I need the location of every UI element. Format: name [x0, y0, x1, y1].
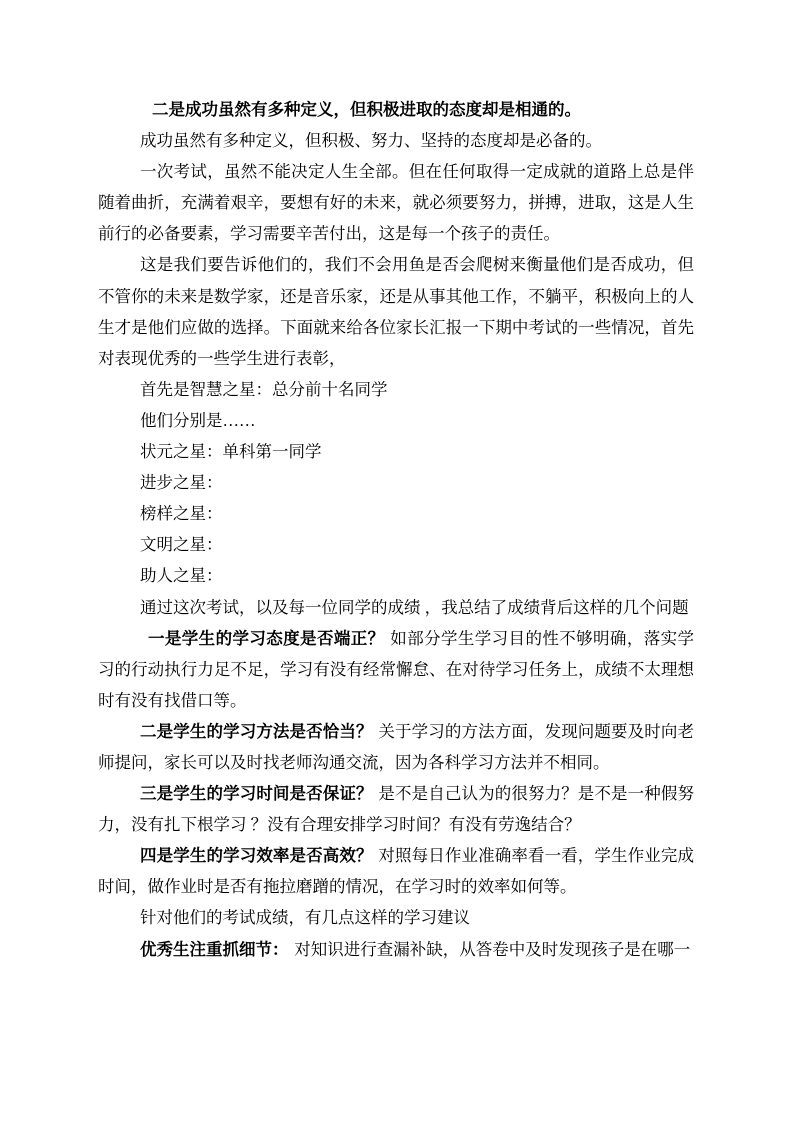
paragraph: 这是我们要告诉他们的，我们不会用鱼是否会爬树来衡量他们是否成功，但不管你的未来是…: [98, 249, 694, 373]
text-run: 这是我们要告诉他们的，我们不会用鱼是否会爬树来衡量他们是否成功，但不管你的未来是…: [98, 255, 694, 367]
text-run: 状元之星：单科第一同学: [140, 442, 322, 461]
text-run: 榜样之星：: [140, 504, 223, 523]
text-run: 对知识进行查漏补缺，从答卷中及时发现孩子是在哪一: [294, 940, 690, 959]
text-run: 助人之星：: [140, 566, 223, 585]
bold-run: 优秀生注重抓细节：: [140, 940, 289, 959]
text-run: 文明之星：: [140, 535, 223, 554]
paragraph: 二是学生的学习方法是否恰当？关于学习的方法方面，发现问题要及时向老师提问，家长可…: [98, 716, 694, 778]
paragraph: 三是学生的学习时间是否保证？是不是自己认为的很努力？是不是一种假努力，没有扎下根…: [98, 778, 694, 840]
document-body: 二是成功虽然有多种定义，但积极进取的态度却是相通的。 成功虽然有多种定义，但积极…: [98, 94, 694, 965]
text-run: 进步之星：: [140, 473, 223, 492]
paragraph: 榜样之星：: [98, 498, 694, 529]
bold-run: 四是学生的学习效率是否高效？: [140, 846, 373, 865]
paragraph: 状元之星：单科第一同学: [98, 436, 694, 467]
text-run: 针对他们的考试成绩，有几点这样的学习建议: [140, 908, 470, 927]
text-run: 通过这次考试，以及每一位同学的成绩 ，我总结了成绩背后这样的几个问题: [140, 598, 689, 617]
paragraph: 一是学生的学习态度是否端正？如部分学生学习目的性不够明确，落实学习的行动执行力足…: [98, 623, 694, 716]
text-run: 一次考试，虽然不能决定人生全部。但在任何取得一定成就的道路上总是伴随着曲折，充满…: [98, 162, 694, 243]
paragraph: 进步之星：: [98, 467, 694, 498]
paragraph: 针对他们的考试成绩，有几点这样的学习建议: [98, 902, 694, 933]
bold-run: 二是成功虽然有多种定义，但积极进取的态度却是相通的。: [152, 100, 581, 119]
paragraph: 四是学生的学习效率是否高效？对照每日作业准确率看一看，学生作业完成时间，做作业时…: [98, 840, 694, 902]
paragraph: 通过这次考试，以及每一位同学的成绩 ，我总结了成绩背后这样的几个问题: [98, 592, 694, 623]
document-page: 二是成功虽然有多种定义，但积极进取的态度却是相通的。 成功虽然有多种定义，但积极…: [0, 0, 793, 1122]
paragraph: 文明之星：: [98, 529, 694, 560]
bold-run: 三是学生的学习时间是否保证？: [140, 784, 373, 803]
paragraph: 一次考试，虽然不能决定人生全部。但在任何取得一定成就的道路上总是伴随着曲折，充满…: [98, 156, 694, 249]
paragraph: 成功虽然有多种定义，但积极、努力、坚持的态度却是必备的。: [98, 125, 694, 156]
paragraph: 首先是智慧之星：总分前十名同学: [98, 374, 694, 405]
text-run: 他们分别是……: [140, 411, 256, 430]
paragraph: 优秀生注重抓细节：对知识进行查漏补缺，从答卷中及时发现孩子是在哪一: [98, 934, 694, 965]
paragraph: 二是成功虽然有多种定义，但积极进取的态度却是相通的。: [98, 94, 694, 125]
paragraph: 助人之星：: [98, 560, 694, 591]
bold-run: 二是学生的学习方法是否恰当？: [140, 722, 373, 741]
paragraph: 他们分别是……: [98, 405, 694, 436]
bold-run: 一是学生的学习态度是否端正？: [148, 629, 385, 648]
text-run: 首先是智慧之星：总分前十名同学: [140, 380, 388, 399]
text-run: 成功虽然有多种定义，但积极、努力、坚持的态度却是必备的。: [140, 131, 602, 150]
